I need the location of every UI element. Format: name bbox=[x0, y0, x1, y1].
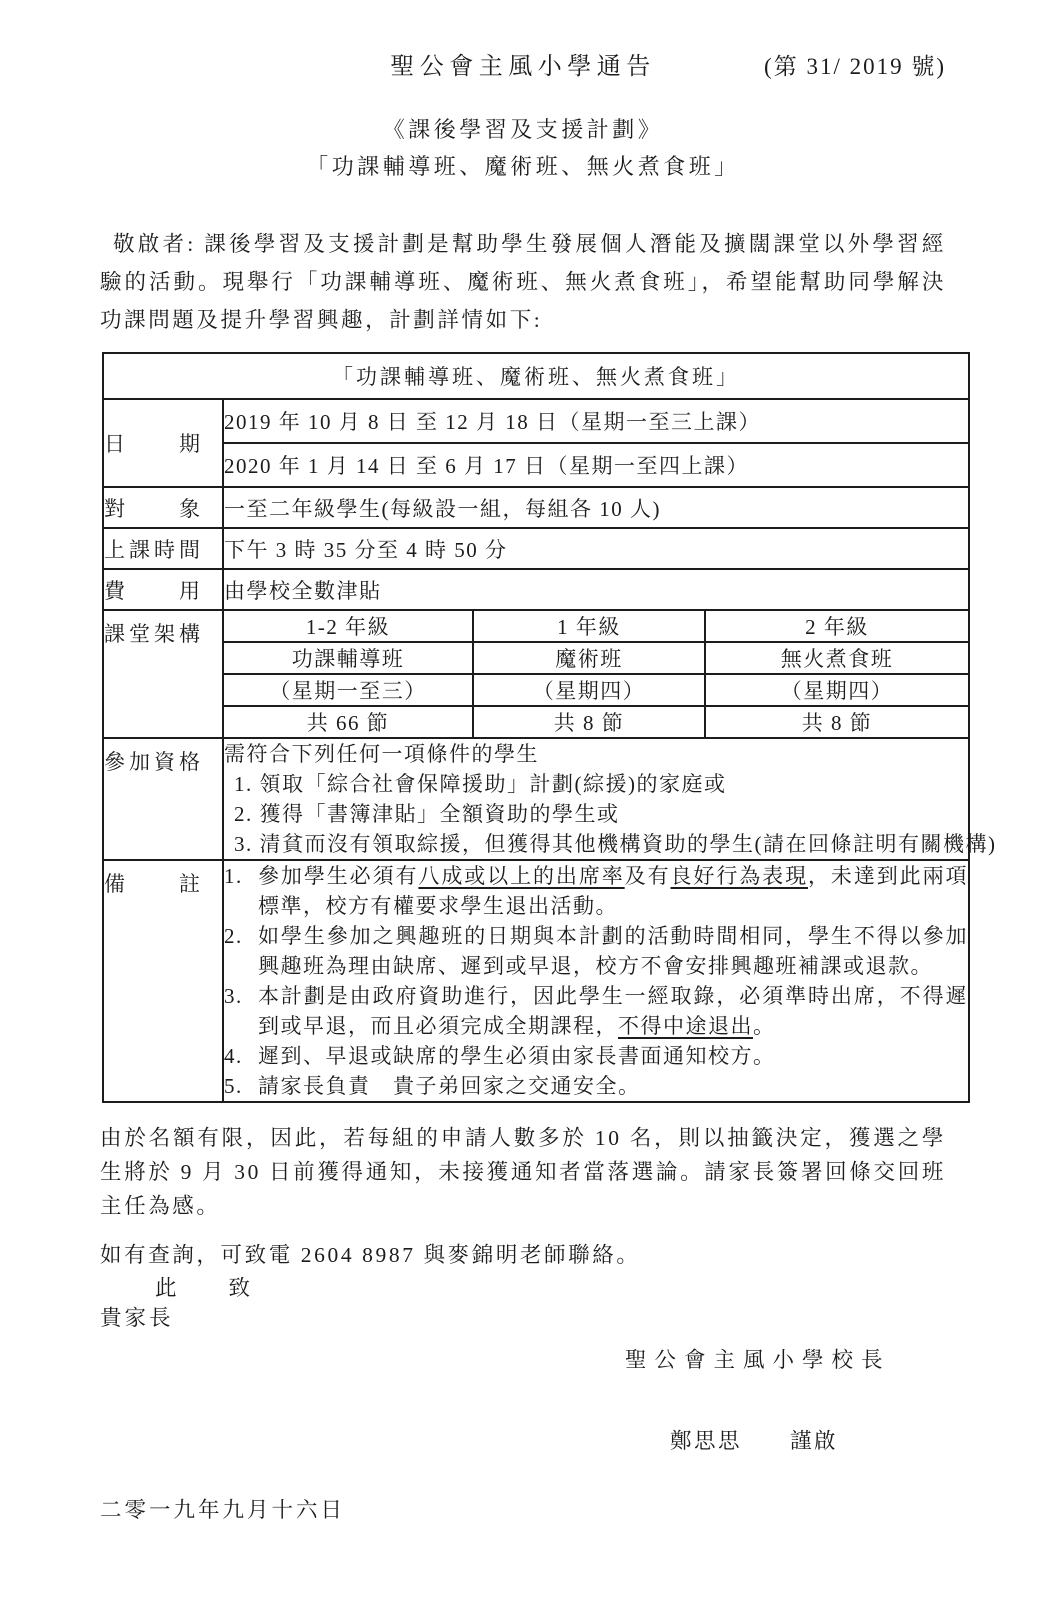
note-number: 4. bbox=[224, 1041, 258, 1071]
class-time-row: 上課時間 下午 3 時 35 分至 4 時 50 分 bbox=[103, 528, 969, 569]
row-label-target: 對 象 bbox=[103, 487, 223, 528]
target-value: 一至二年級學生(每級設一組，每組各 10 人) bbox=[223, 487, 969, 528]
class-time-value: 下午 3 時 35 分至 4 時 50 分 bbox=[223, 528, 969, 569]
note-item-2: 2. 如學生參加之興趣班的日期與本計劃的活動時間相同，學生不得以參加興趣班為理由… bbox=[224, 921, 968, 981]
eligibility-intro: 需符合下列任何一項條件的學生 bbox=[224, 739, 968, 769]
notes-row: 備 註 1. 參加學生必須有八成或以上的出席率及有良好行為表現，未達到此兩項標準… bbox=[103, 860, 969, 1102]
note-number: 3. bbox=[224, 981, 258, 1041]
fee-row: 費 用 由學校全數津貼 bbox=[103, 569, 969, 610]
structure-grade-row: 課堂架構 1-2 年級 1 年級 2 年級 bbox=[103, 610, 969, 642]
signature-name: 鄭思思 謹啟 bbox=[670, 1424, 946, 1455]
document-date: 二零一九年九月十六日 bbox=[100, 1493, 946, 1524]
row-label-date: 日 期 bbox=[103, 399, 223, 487]
class-name-1: 功課輔導班 bbox=[223, 642, 473, 674]
table-title: 「功課輔導班、魔術班、無火煮食班」 bbox=[103, 353, 969, 399]
class-days-3: （星期四） bbox=[705, 674, 969, 706]
note-item-1: 1. 參加學生必須有八成或以上的出席率及有良好行為表現，未達到此兩項標準，校方有… bbox=[224, 861, 968, 921]
date-value-2: 2020 年 1 月 14 日 至 6 月 17 日（星期一至四上課） bbox=[223, 443, 969, 487]
date-row-2: 2020 年 1 月 14 日 至 6 月 17 日（星期一至四上課） bbox=[103, 443, 969, 487]
table-header-row: 「功課輔導班、魔術班、無火煮食班」 bbox=[103, 353, 969, 399]
notes-content: 1. 參加學生必須有八成或以上的出席率及有良好行為表現，未達到此兩項標準，校方有… bbox=[223, 860, 969, 1102]
row-label-eligibility: 參加資格 bbox=[103, 738, 223, 860]
program-details-table: 「功課輔導班、魔術班、無火煮食班」 日 期 2019 年 10 月 8 日 至 … bbox=[102, 352, 970, 1103]
intro-paragraph: 敬啟者: 課後學習及支援計劃是幫助學生發展個人潛能及擴闊課堂以外學習經驗的活動。… bbox=[100, 225, 946, 339]
eligibility-row: 參加資格 需符合下列任何一項條件的學生 1. 領取「綜合社會保障援助」計劃(綜援… bbox=[103, 738, 969, 860]
row-label-fee: 費 用 bbox=[103, 569, 223, 610]
signature-title: 聖公會主風小學校長 bbox=[625, 1343, 946, 1374]
row-label-structure: 課堂架構 bbox=[103, 610, 223, 738]
addressee-line: 貴家長 bbox=[100, 1303, 946, 1333]
notice-document: 聖公會主風小學通告 (第 31/ 2019 號) 《課後學習及支援計劃》 「功課… bbox=[0, 0, 1046, 1600]
note-item-5: 5. 請家長負責 貴子弟回家之交通安全。 bbox=[224, 1071, 968, 1101]
class-name-3: 無火煮食班 bbox=[705, 642, 969, 674]
sessions-1: 共 66 節 bbox=[223, 706, 473, 738]
row-label-class-time: 上課時間 bbox=[103, 528, 223, 569]
contact-line: 如有查詢，可致電 2604 8987 與麥錦明老師聯絡。 bbox=[100, 1240, 946, 1270]
note-item-4: 4. 遲到、早退或缺席的學生必須由家長書面通知校方。 bbox=[224, 1041, 968, 1071]
sessions-3: 共 8 節 bbox=[705, 706, 969, 738]
programme-subtitle: 《課後學習及支援計劃》 bbox=[100, 111, 946, 148]
note-number: 5. bbox=[224, 1071, 258, 1101]
date-value-1: 2019 年 10 月 8 日 至 12 月 18 日（星期一至三上課） bbox=[223, 399, 969, 443]
salutation-line: 此 致 bbox=[155, 1273, 946, 1303]
notice-header: 聖公會主風小學通告 (第 31/ 2019 號) bbox=[100, 46, 946, 81]
grade-col-1: 1-2 年級 bbox=[223, 610, 473, 642]
grade-col-2: 1 年級 bbox=[473, 610, 705, 642]
note-number: 1. bbox=[224, 861, 258, 921]
class-days-1: （星期一至三） bbox=[223, 674, 473, 706]
note-text: 參加學生必須有八成或以上的出席率及有良好行為表現，未達到此兩項標準，校方有權要求… bbox=[258, 861, 968, 921]
target-row: 對 象 一至二年級學生(每級設一組，每組各 10 人) bbox=[103, 487, 969, 528]
sessions-2: 共 8 節 bbox=[473, 706, 705, 738]
grade-col-3: 2 年級 bbox=[705, 610, 969, 642]
school-notice-title: 聖公會主風小學通告 bbox=[390, 46, 656, 81]
notice-number: (第 31/ 2019 號) bbox=[764, 48, 946, 81]
eligibility-item-1: 1. 領取「綜合社會保障援助」計劃(綜援)的家庭或 bbox=[224, 769, 968, 799]
structure-day-row: （星期一至三） （星期四） （星期四） bbox=[103, 674, 969, 706]
note-item-3: 3. 本計劃是由政府資助進行，因此學生一經取錄，必須準時出席，不得遲到或早退，而… bbox=[224, 981, 968, 1041]
note-text: 請家長負責 貴子弟回家之交通安全。 bbox=[258, 1071, 968, 1101]
eligibility-item-2: 2. 獲得「書簿津貼」全額資助的學生或 bbox=[224, 799, 968, 829]
lottery-paragraph: 由於名額有限，因此，若每組的申請人數多於 10 名，則以抽籤決定，獲選之學生將於… bbox=[100, 1121, 946, 1223]
note-text: 本計劃是由政府資助進行，因此學生一經取錄，必須準時出席，不得遲到或早退，而且必須… bbox=[258, 981, 968, 1041]
note-text: 遲到、早退或缺席的學生必須由家長書面通知校方。 bbox=[258, 1041, 968, 1071]
classes-subtitle: 「功課輔導班、魔術班、無火煮食班」 bbox=[100, 148, 946, 185]
structure-class-row: 功課輔導班 魔術班 無火煮食班 bbox=[103, 642, 969, 674]
class-days-2: （星期四） bbox=[473, 674, 705, 706]
structure-session-row: 共 66 節 共 8 節 共 8 節 bbox=[103, 706, 969, 738]
date-row-1: 日 期 2019 年 10 月 8 日 至 12 月 18 日（星期一至三上課） bbox=[103, 399, 969, 443]
note-text: 如學生參加之興趣班的日期與本計劃的活動時間相同，學生不得以參加興趣班為理由缺席、… bbox=[258, 921, 968, 981]
eligibility-item-3: 3. 清貧而沒有領取綜援，但獲得其他機構資助的學生(請在回條註明有關機構) bbox=[224, 829, 968, 859]
row-label-notes: 備 註 bbox=[103, 860, 223, 1102]
class-name-2: 魔術班 bbox=[473, 642, 705, 674]
note-number: 2. bbox=[224, 921, 258, 981]
fee-value: 由學校全數津貼 bbox=[223, 569, 969, 610]
eligibility-content: 需符合下列任何一項條件的學生 1. 領取「綜合社會保障援助」計劃(綜援)的家庭或… bbox=[223, 738, 969, 860]
